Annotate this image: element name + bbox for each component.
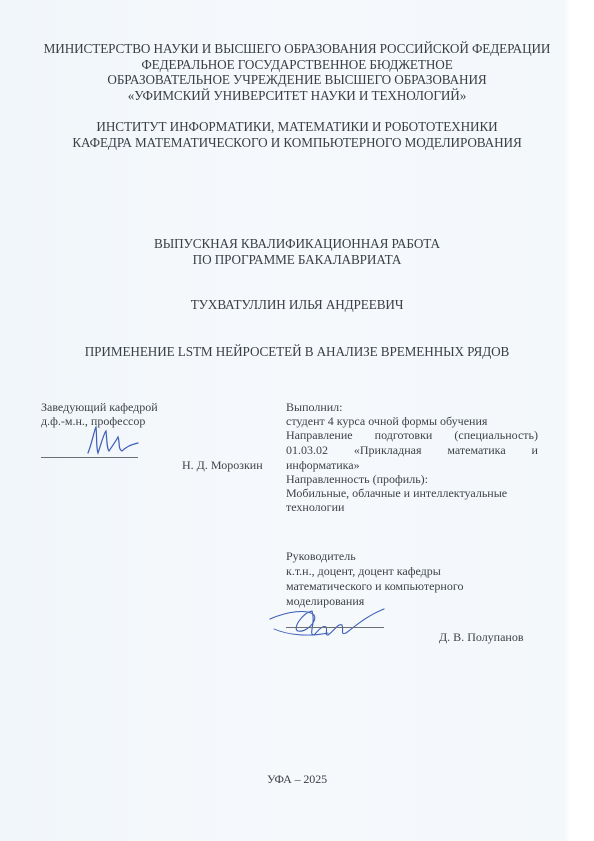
word: подготовки [375, 428, 433, 442]
thesis-title: ПРИМЕНЕНИЕ LSTM НЕЙРОСЕТЕЙ В АНАЛИЗЕ ВРЕ… [0, 344, 594, 360]
ministry-header: МИНИСТЕРСТВО НАУКИ И ВЫСШЕГО ОБРАЗОВАНИЯ… [0, 41, 594, 103]
performer-direction: Направление подготовки (специальность) [286, 428, 538, 442]
work-type-line: ВЫПУСКНАЯ КВАЛИФИКАЦИОННАЯ РАБОТА [0, 236, 594, 252]
word: математика [447, 443, 505, 457]
word: 01.03.02 [286, 443, 328, 457]
institute-header: ИНСТИТУТ ИНФОРМАТИКИ, МАТЕМАТИКИ И РОБОТ… [0, 119, 594, 150]
performer-profile-line: технологии [286, 500, 344, 514]
city-year: УФА – 2025 [0, 772, 594, 788]
performer-label: Выполнил: [286, 400, 342, 414]
author-name-block: ТУХВАТУЛЛИН ИЛЬЯ АНДРЕЕВИЧ [0, 297, 594, 313]
word: «Прикладная [354, 443, 422, 457]
head-name: Н. Д. Морозкин [182, 458, 263, 472]
word: Направление [286, 428, 353, 442]
word: (специальность) [454, 428, 538, 442]
performer-direction-end: информатика» [286, 458, 360, 472]
footer: УФА – 2025 [0, 772, 594, 788]
head-signature [80, 423, 140, 458]
ministry-line: «УФИМСКИЙ УНИВЕРСИТЕТ НАУКИ И ТЕХНОЛОГИЙ… [0, 88, 594, 104]
work-type: ВЫПУСКНАЯ КВАЛИФИКАЦИОННАЯ РАБОТА ПО ПРО… [0, 236, 594, 267]
head-signature-line [41, 457, 138, 458]
supervisor-name: Д. В. Полупанов [439, 630, 524, 644]
work-type-line: ПО ПРОГРАММЕ БАКАЛАВРИАТА [0, 252, 594, 268]
supervisor-role: Руководитель [286, 549, 356, 563]
performer-status: студент 4 курса очной формы обучения [286, 414, 487, 428]
supervisor-signature [268, 605, 388, 645]
performer-profile-label: Направленность (профиль): [286, 472, 428, 486]
ministry-line: ФЕДЕРАЛЬНОЕ ГОСУДАРСТВЕННОЕ БЮДЖЕТНОЕ [0, 57, 594, 73]
author-name: ТУХВАТУЛЛИН ИЛЬЯ АНДРЕЕВИЧ [0, 297, 594, 313]
ministry-line: ОБРАЗОВАТЕЛЬНОЕ УЧРЕЖДЕНИЕ ВЫСШЕГО ОБРАЗ… [0, 72, 594, 88]
thesis-title-block: ПРИМЕНЕНИЕ LSTM НЕЙРОСЕТЕЙ В АНАЛИЗЕ ВРЕ… [0, 344, 594, 360]
word: и [532, 443, 538, 457]
performer-profile-line: Мобильные, облачные и интеллектуальные [286, 486, 507, 500]
supervisor-line: математического и компьютерного [286, 579, 463, 593]
head-role: Заведующий кафедрой [41, 400, 158, 414]
institute-line: ИНСТИТУТ ИНФОРМАТИКИ, МАТЕМАТИКИ И РОБОТ… [0, 119, 594, 135]
supervisor-signature-line [286, 627, 384, 628]
supervisor-line: к.т.н., доцент, доцент кафедры [286, 564, 441, 578]
performer-direction-code: 01.03.02 «Прикладная математика и [286, 443, 538, 457]
ministry-line: МИНИСТЕРСТВО НАУКИ И ВЫСШЕГО ОБРАЗОВАНИЯ… [0, 41, 594, 57]
department-line: КАФЕДРА МАТЕМАТИЧЕСКОГО И КОМПЬЮТЕРНОГО … [0, 135, 594, 151]
